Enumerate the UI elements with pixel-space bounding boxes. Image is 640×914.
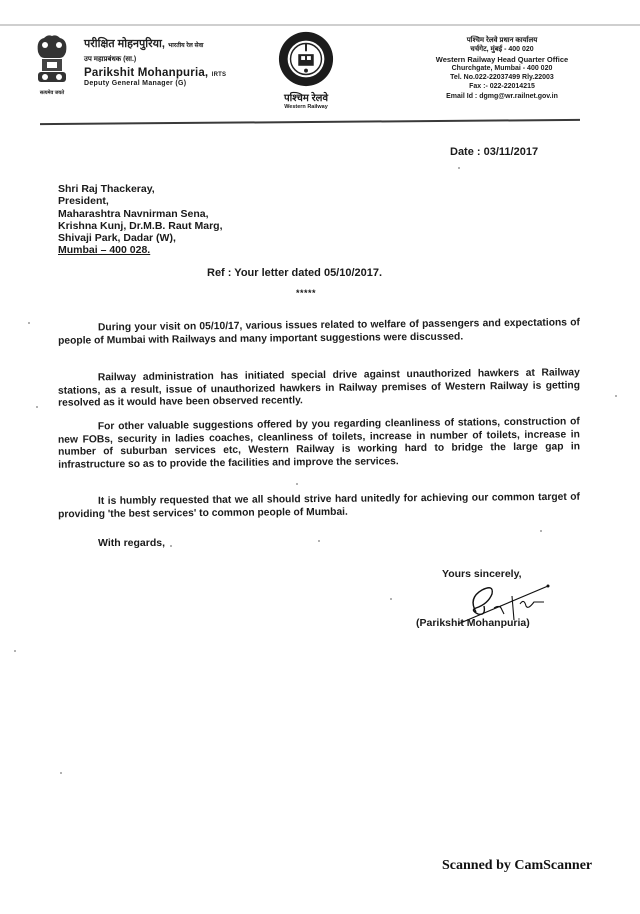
office-email: Email Id : dgmg@wr.railnet.gov.in: [404, 92, 600, 101]
address-line: Maharashtra Navnirman Sena,: [58, 208, 223, 220]
address-line: Mumbai – 400 028.: [58, 244, 223, 256]
scan-speck: [36, 406, 38, 408]
letterhead-divider: [40, 119, 580, 125]
scanned-letter-page: सत्यमेव जयते परीक्षित मोहनपुरिया, भारतीय…: [0, 0, 640, 914]
office-name-english: Western Railway Head Quarter Office: [404, 55, 600, 64]
body-paragraph: For other valuable suggestions offered b…: [58, 416, 580, 472]
officer-designation-english: Deputy General Manager (G): [84, 80, 284, 87]
body-paragraph: It is humbly requested that we all shoul…: [58, 492, 580, 522]
scan-speck: [615, 395, 617, 397]
scan-speck: [540, 530, 542, 532]
office-name-hindi: पश्चिम रेलवे प्रधान कार्यालय: [404, 36, 600, 45]
scan-speck: [390, 598, 392, 600]
indian-railways-logo-icon: [277, 30, 335, 88]
scan-speck: [296, 483, 298, 485]
address-line: President,: [58, 195, 223, 207]
regards-line: With regards,: [98, 537, 165, 549]
camscanner-watermark: Scanned by CamScanner: [442, 858, 592, 874]
office-city-english: Churchgate, Mumbai - 400 020: [404, 64, 600, 73]
scan-speck: [170, 545, 172, 547]
office-city-hindi: चर्चगेट, मुंबई - 400 020: [404, 45, 600, 54]
letterhead-left: सत्यमेव जयते परीक्षित मोहनपुरिया, भारतीय…: [30, 32, 270, 102]
letterhead-center: पश्चिम रेलवे Western Railway: [274, 30, 338, 110]
scan-speck: [14, 650, 16, 652]
letterhead-address-block: पश्चिम रेलवे प्रधान कार्यालय चर्चगेट, मु…: [404, 36, 600, 101]
railway-name-hindi: पश्चिम रेलवे: [274, 90, 338, 104]
office-telephone: Tel. No.022-22037499 Rly.22003: [404, 73, 600, 82]
scan-speck: [28, 322, 30, 324]
reference-line: Ref : Your letter dated 05/10/2017.: [207, 267, 382, 279]
body-paragraph: During your visit on 05/10/17, various i…: [58, 317, 580, 348]
recipient-address: Shri Raj Thackeray, President, Maharasht…: [58, 183, 223, 257]
scan-speck: [318, 540, 320, 542]
railway-name-english: Western Railway: [274, 104, 338, 110]
separator-stars: *****: [296, 288, 316, 298]
office-fax: Fax :- 022-22014215: [404, 82, 600, 91]
officer-name-english: Parikshit Mohanpuria, IRTS: [84, 67, 284, 79]
signer-name: (Parikshit Mohanpuria): [416, 617, 530, 629]
officer-name-hindi: परीक्षित मोहनपुरिया, भारतीय रेल सेवा: [84, 36, 284, 51]
address-line: Shri Raj Thackeray,: [58, 183, 223, 195]
scan-top-border: [0, 24, 640, 26]
ashoka-emblem-icon: सत्यमेव जयते: [30, 32, 74, 98]
address-line: Shivaji Park, Dadar (W),: [58, 232, 223, 244]
letter-date: Date : 03/11/2017: [450, 146, 538, 158]
body-paragraph: Railway administration has initiated spe…: [58, 367, 580, 410]
scan-speck: [458, 167, 460, 169]
emblem-caption: सत्यमेव जयते: [30, 90, 74, 96]
address-line: Krishna Kunj, Dr.M.B. Raut Marg,: [58, 220, 223, 232]
officer-designation-hindi: उप महाप्रबंधक (सा.): [84, 55, 284, 64]
scan-speck: [60, 772, 62, 774]
